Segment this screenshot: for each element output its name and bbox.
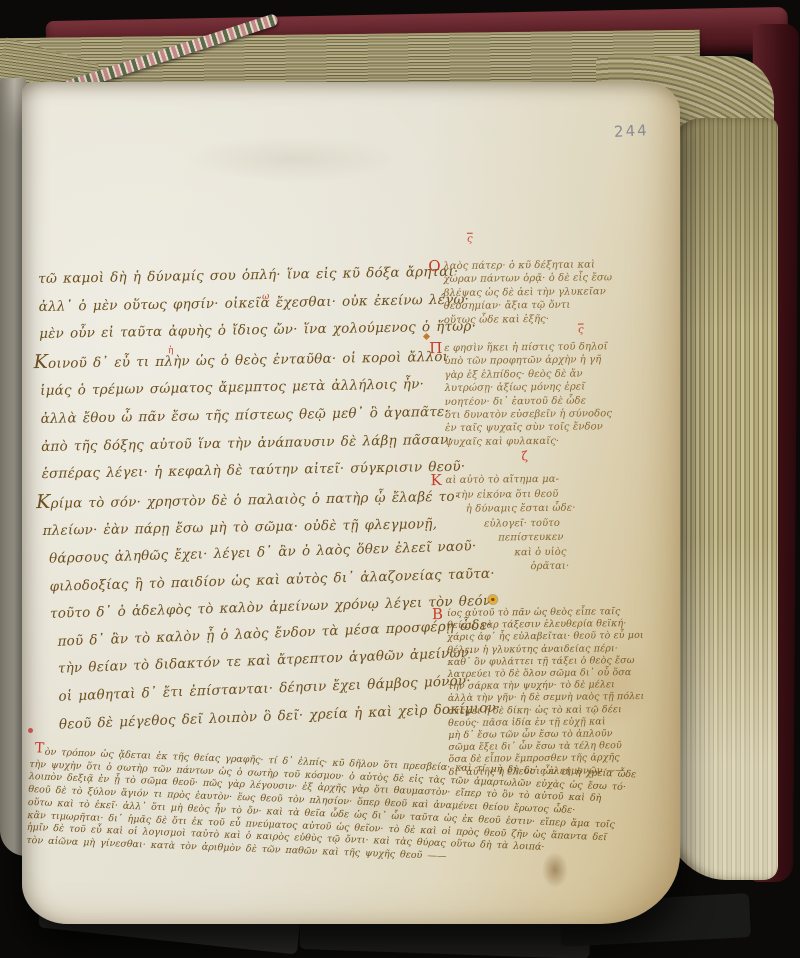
manuscript-photo: 244 τῶ καμοὶ δὴ ἡ δύναμίς σου ὁπλή· ἵνα …	[0, 0, 800, 958]
section-lines: ίος αὐτοῦ τὸ πᾶν ὡς θεὸς εἶπε ταῖςθείαις…	[447, 606, 669, 779]
section-lines: λαὸς πάτερ· ὁ κῦ δέξηται καὶχώραν πάντων…	[443, 258, 664, 327]
rosette-mark	[489, 595, 497, 603]
margin-red-dot	[28, 728, 33, 733]
manuscript-page: 244 τῶ καμοὶ δὴ ἡ δύναμίς σου ὁπλή· ἵνα …	[22, 82, 680, 924]
commentary-section-kappa: Κ αὶ αὐτὸ τὸ αἴτημα μα-τὴν εἰκόνα ὅτι θε…	[445, 472, 666, 576]
folio-number: 244	[614, 121, 650, 141]
commentary-section-pi: Π ε φησὶν ἥκει ἡ πίστις τοῦ δηλοῖὑπὸ τῶν…	[444, 340, 665, 450]
interlinear-rubric-mark: ω	[261, 292, 270, 303]
parchment-stain	[182, 136, 402, 182]
section-lines: αὶ αὐτὸ τὸ αἴτημα μα-τὴν εἰκόνα ὅτι θεοῦ…	[445, 472, 666, 576]
commentary-section-beta: Β ίος αὐτοῦ τὸ πᾶν ὡς θεὸς εἶπε ταῖςθεία…	[447, 606, 669, 779]
commentary-column: ς ς ζ Ο λαὸς πάτερ· ὁ κῦ δέξηται καὶχώρα…	[443, 234, 663, 236]
manuscript-line: οὕτως ὧδε καὶ ἑξῆς·	[444, 311, 664, 327]
rubric-initial-pi: Π	[429, 339, 442, 357]
main-text-column: τῶ καμοὶ δὴ ἡ δύναμίς σου ὁπλή· ἵνα εἰς …	[38, 259, 456, 739]
section-lines: ε φησὶν ἥκει ἡ πίστις τοῦ δηλοῖὑπὸ τῶν π…	[444, 340, 665, 450]
rubric-initial-kappa: Κ	[430, 471, 442, 489]
rubric-initial-beta: Β	[432, 605, 443, 623]
rubric-numeral-mark: ς	[578, 325, 584, 336]
manuscript-line: ψυχαῖς καὶ φυλακαῖς·	[445, 434, 665, 450]
rubric-numeral-mark: ς	[467, 234, 473, 245]
manuscript-line: ὁρᾶται·	[530, 559, 666, 575]
rubric-squiggle-mark: ζ	[520, 449, 530, 464]
rubric-initial-omicron: Ο	[428, 257, 441, 275]
commentary-section-o: Ο λαὸς πάτερ· ὁ κῦ δέξηται καὶχώραν πάντ…	[443, 258, 664, 327]
manuscript-line: καὶ ὁ υἱὸς	[514, 544, 666, 560]
